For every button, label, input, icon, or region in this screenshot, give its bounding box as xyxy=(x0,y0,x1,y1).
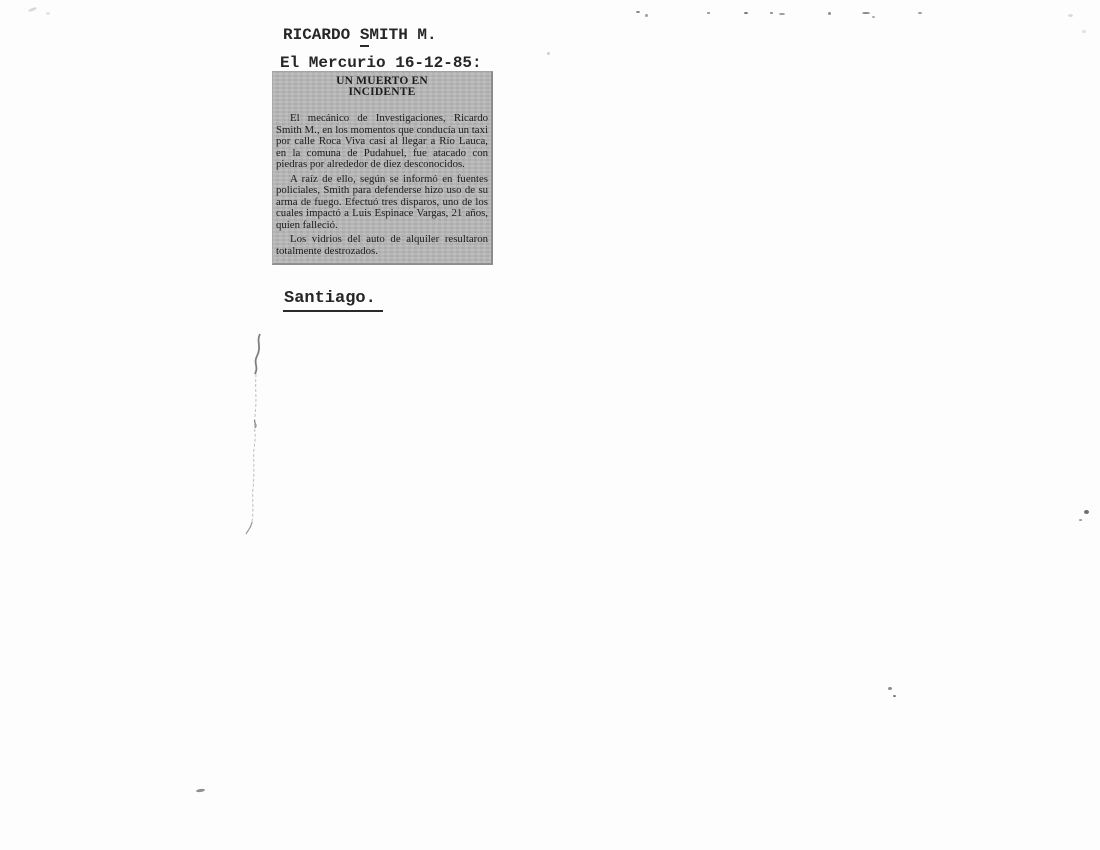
clipping-paragraph: A raíz de ello, según se informó en fuen… xyxy=(276,174,488,232)
scan-speck xyxy=(1068,14,1073,17)
clipping-paragraph: El mecánico de Investigaciones, Ricardo … xyxy=(276,113,488,171)
author-line: RICARDO SMITH M. xyxy=(283,26,437,44)
scan-speck xyxy=(888,687,892,690)
scratch-mark xyxy=(243,330,269,542)
news-clipping: UN MUERTO EN INCIDENTE El mecánico de In… xyxy=(272,71,493,265)
clipping-paragraph: Los vidrios del auto de alquiler resulta… xyxy=(276,234,488,257)
scan-speck xyxy=(547,52,550,55)
scan-speck xyxy=(1082,30,1086,33)
scan-speck xyxy=(645,14,648,17)
scan-speck xyxy=(196,788,205,792)
scan-speck xyxy=(46,12,50,15)
scanned-document-page: RICARDO SMITH M. El Mercurio 16-12-85: U… xyxy=(0,0,1100,850)
scan-speck xyxy=(744,12,748,14)
scan-speck xyxy=(28,7,37,13)
scan-speck xyxy=(636,11,640,13)
clipping-headline-line2: INCIDENTE xyxy=(276,87,488,98)
author-line-prefix: RICARDO xyxy=(283,26,360,44)
scan-speck xyxy=(779,13,785,15)
scan-speck xyxy=(707,12,710,14)
scan-speck xyxy=(1084,510,1089,514)
scan-speck xyxy=(1079,519,1082,521)
scan-speck xyxy=(918,12,922,14)
scan-speck xyxy=(893,695,896,697)
author-line-underlined-letter: S xyxy=(360,26,370,47)
scan-speck xyxy=(872,16,875,18)
city-line: Santiago. xyxy=(283,289,383,312)
scan-speck xyxy=(828,12,831,15)
scan-speck xyxy=(862,12,870,14)
source-line: El Mercurio 16-12-85: xyxy=(280,54,482,72)
author-line-suffix: MITH M. xyxy=(369,26,436,44)
clipping-headline: UN MUERTO EN INCIDENTE xyxy=(276,76,488,98)
scan-speck xyxy=(770,12,773,14)
